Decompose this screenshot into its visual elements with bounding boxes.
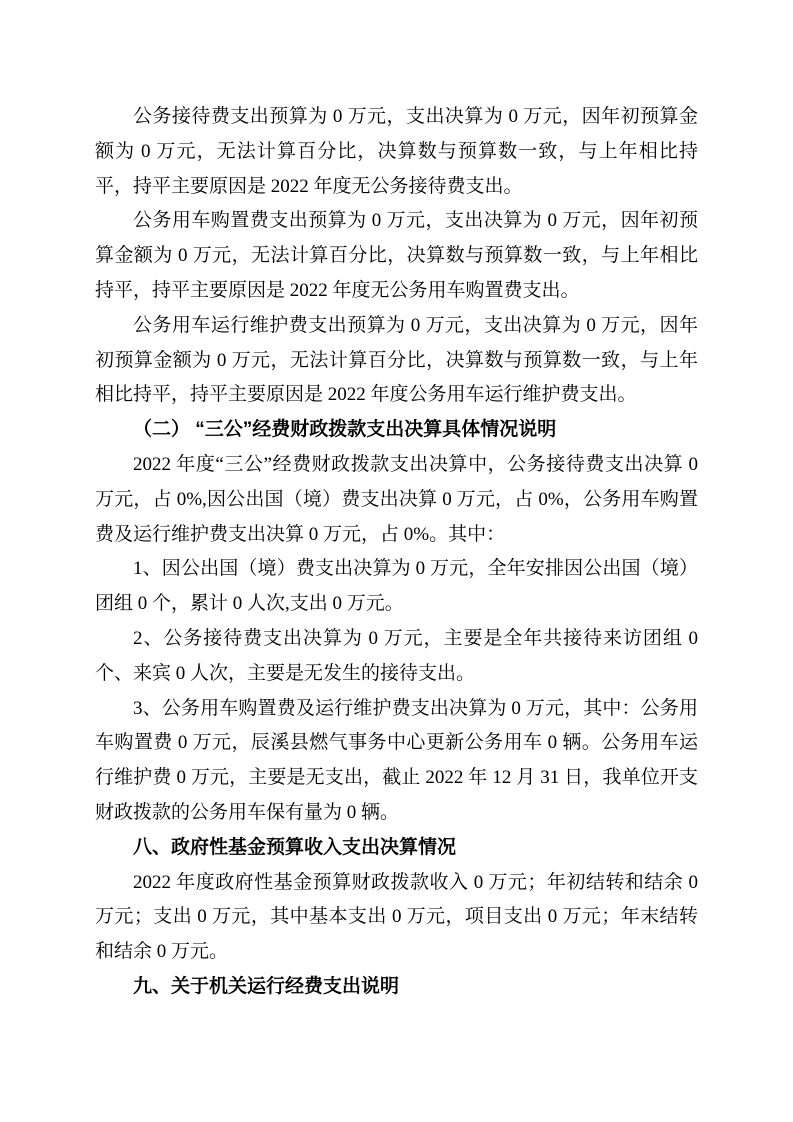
paragraph-official-reception-expense: 公务接待费支出预算为 0 万元，支出决算为 0 万元，因年初预算金额为 0 万元… [95,100,698,204]
paragraph-vehicle-purchase-expense: 公务用车购置费支出预算为 0 万元，支出决算为 0 万元，因年初预算金额为 0 … [95,204,698,308]
document-content: 公务接待费支出预算为 0 万元，支出决算为 0 万元，因年初预算金额为 0 万元… [95,100,698,1005]
paragraph-item-3-vehicle-purchase-and-maintenance: 3、公务用车购置费及运行维护费支出决算为 0 万元，其中：公务用车购置费 0 万… [95,692,698,831]
paragraph-item-1-overseas-trips: 1、因公出国（境）费支出决算为 0 万元，全年安排因公出国（境）团组 0 个，累… [95,552,698,622]
heading-three-public-funds-detail: （二） “三公”经费财政拨款支出决算具体情况说明 [95,413,698,448]
document-page: 公务接待费支出预算为 0 万元，支出决算为 0 万元，因年初预算金额为 0 万元… [0,0,793,1122]
paragraph-three-public-funds-summary: 2022 年度“三公”经费财政拨款支出决算中，公务接待费支出决算 0 万元，占 … [95,448,698,552]
heading-section-nine-agency-operation-expense: 九、关于机关运行经费支出说明 [95,970,698,1005]
heading-section-eight-government-fund-budget: 八、政府性基金预算收入支出决算情况 [95,831,698,866]
paragraph-item-2-reception: 2、公务接待费支出决算为 0 万元，主要是全年共接待来访团组 0 个、来宾 0 … [95,622,698,692]
paragraph-government-fund-budget-figures: 2022 年度政府性基金预算财政拨款收入 0 万元；年初结转和结余 0 万元；支… [95,866,698,970]
paragraph-vehicle-operation-maintenance-expense: 公务用车运行维护费支出预算为 0 万元，支出决算为 0 万元，因年初预算金额为 … [95,309,698,413]
